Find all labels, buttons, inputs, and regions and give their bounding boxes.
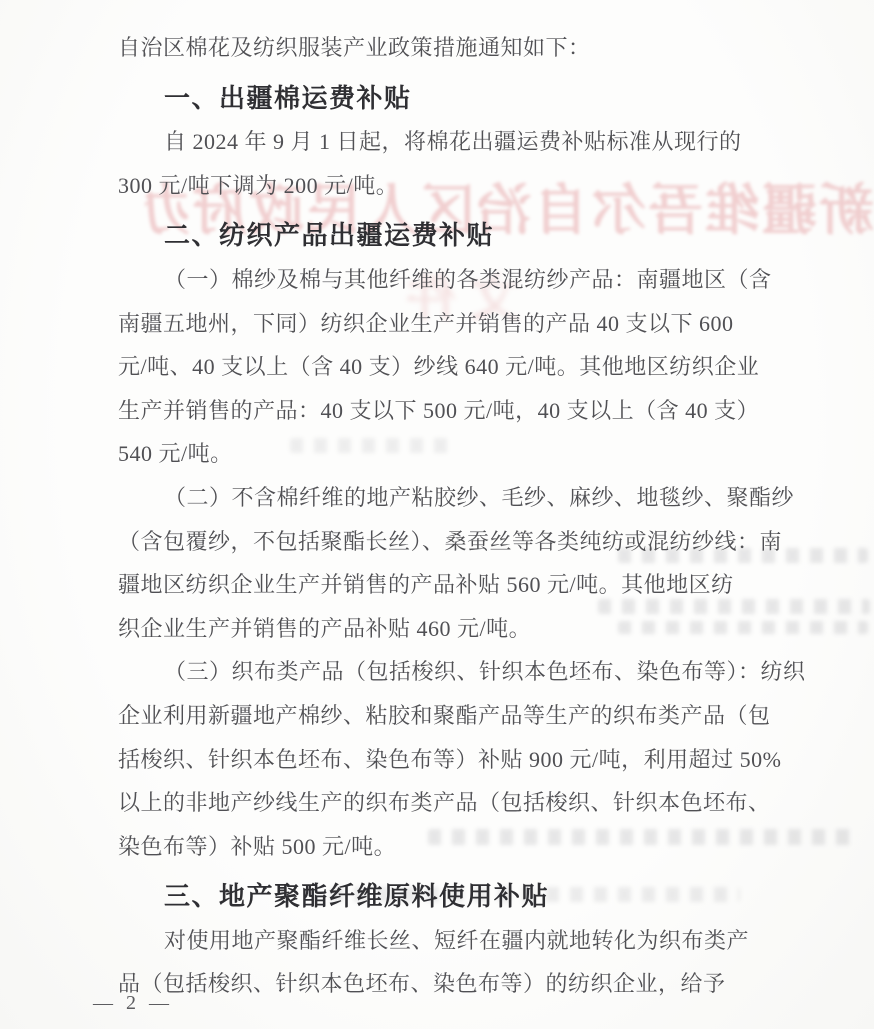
section-3-paragraph-1: 对使用地产聚酯纤维长丝、短纤在疆内就地转化为织布类产 品（包括梭织、针织本色坯布… xyxy=(118,919,818,1006)
section-2-heading: 二、纺织产品出疆运费补贴 xyxy=(118,214,818,258)
intro-paragraph: 自治区棉花及纺织服装产业政策措施通知如下： xyxy=(118,26,818,70)
document-page: 新疆维吾尔自治区人民政府办公厅 文件 自治区棉花及纺织服装产业政策措施通知如下：… xyxy=(0,0,874,1029)
section-2-paragraph-2: （二）不含棉纤维的地产粘胶纱、毛纱、麻纱、地毯纱、聚酯纱 （含包覆纱，不包括聚酯… xyxy=(118,476,818,650)
page-number: — 2 — xyxy=(93,992,173,1015)
section-2-paragraph-3: （三）织布类产品（包括梭织、针织本色坯布、染色布等）：纺织 企业利用新疆地产棉纱… xyxy=(118,650,818,868)
section-3-heading: 三、地产聚酯纤维原料使用补贴 xyxy=(118,875,818,919)
section-2-paragraph-1: （一）棉纱及棉与其他纤维的各类混纺纱产品：南疆地区（含 南疆五地州，下同）纺织企… xyxy=(118,258,818,476)
section-1-heading: 一、出疆棉运费补贴 xyxy=(118,77,818,121)
section-1-paragraph-1: 自 2024 年 9 月 1 日起，将棉花出疆运费补贴标准从现行的 300 元/… xyxy=(118,120,818,207)
document-body: 自治区棉花及纺织服装产业政策措施通知如下： 一、出疆棉运费补贴 自 2024 年… xyxy=(118,26,818,1006)
